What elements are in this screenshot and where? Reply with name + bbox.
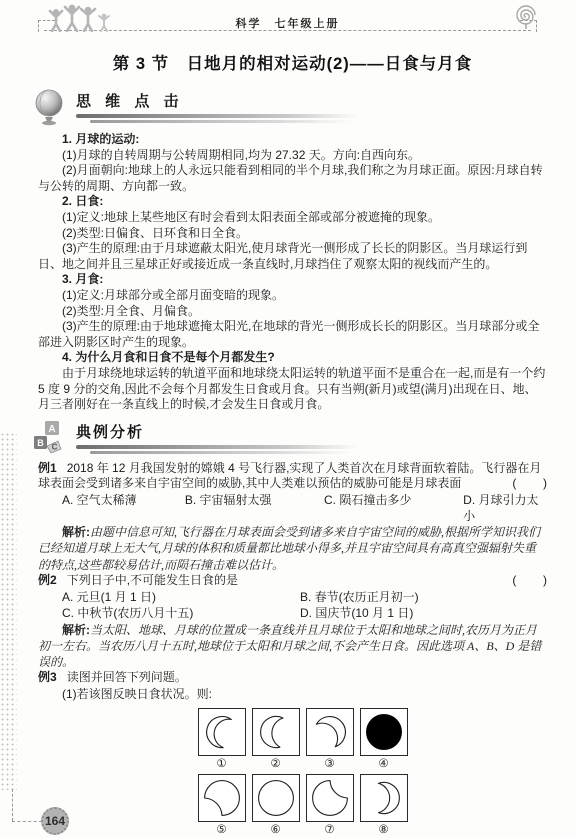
thinking-paragraph: 由于月球绕地球运转的轨道平面和地球绕太阳运转的轨道平面不是重合在一起,而是有一个… [38,366,547,413]
full-moon-figure [252,774,300,822]
moon-label: ⑤ [198,823,246,837]
example-1-options: A. 空气太稀薄 B. 宇宙辐射太强 C. 陨石撞击多少 D. 月球引力太小 [62,492,547,524]
section-underline-bars [76,114,358,123]
moon-cell: ③ [306,708,354,773]
answer-bracket: ( ) [512,573,547,589]
option-a: A. 元旦(1 月 1 日) [62,589,300,606]
option-b: B. 春节(农历正月初一) [300,589,547,606]
svg-text:C: C [52,442,58,451]
new-moon-dark-figure [360,708,408,756]
thinking-paragraph: (1)定义:地球上某些地区有时会看到太阳表面全部或部分被遮掩的现象。 [38,210,547,226]
thinking-paragraph: 3. 月食: [38,272,547,288]
example-label: 例1 [38,461,57,475]
analysis-label: 解析: [62,525,90,539]
page-number-badge: 164 [41,807,69,835]
book-title: 科学 七年级上册 [0,15,575,31]
thinking-paragraph: (2)类型:日偏食、日环食和日全食。 [38,226,547,242]
svg-text:B: B [37,438,44,448]
thinking-paragraph: 4. 为什么月食和日食不是每个月都发生? [38,350,547,366]
thinking-paragraph: (3)产生的原理:由于地球遮掩太阳光,在地球的背光一侧形成长长的阴影区。当月球部… [38,319,547,350]
option-b: B. 宇宙辐射太强 [185,492,324,524]
gibbous-bite-lower-left-figure [198,774,246,822]
option-c: C. 陨石撞击多少 [324,492,463,524]
crescent-upper-right-figure [306,708,354,756]
crescent-thin-left-figure [198,708,246,756]
answer-bracket: ( ) [512,476,547,492]
option-a: A. 空气太稀薄 [62,492,185,524]
moon-cell: ② [252,708,300,773]
example-3-stem: 例3读图并回答下列问题。 [38,670,547,686]
option-c: C. 中秋节(农历八月十五) [62,605,300,622]
example-label: 例3 [38,670,57,684]
moon-cell: ⑤ [198,774,246,838]
thinking-paragraph: 2. 日食: [38,194,547,210]
example-3-subquestion: (1)若该图反映日食状况。则: [38,686,547,702]
abc-blocks-icon: A B C [32,419,68,462]
thinking-paragraph: (2)类型:月全食、月偏食。 [38,304,547,320]
textbook-page: 科学 七年级上册 第 3 节 日地月的相对运动(2)——日食与月食 [0,0,575,838]
thinking-paragraph: (1)月球的自转周期与公转周期相同,均为 27.32 天。方向:自西向东。 [38,148,547,164]
thinking-section-header: 思 维 点 击 [32,88,547,128]
examples-section-title: 典例分析 [76,421,358,442]
analysis-label: 解析: [62,623,90,637]
example-2-stem: 例2下列日子中,不可能发生日食的是( ) [38,573,547,589]
thinking-paragraph: (2)月面朝向:地球上的人永远只能看到相同的半个月球,我们称之为月球正面。原因:… [38,163,547,194]
analysis-text: 当太阳、地球、月球的位置成一条直线并且月球位于太阳和地球之间时,农历月为正月初一… [38,623,541,669]
example-2-analysis: 解析:当太阳、地球、月球的位置成一条直线并且月球位于太阳和地球之间时,农历月为正… [38,622,547,671]
example-1: 例12018 年 12 月我国发射的嫦娥 4 号飞行器,实现了人类首次在月球背面… [38,461,547,573]
moon-cell: ⑧ [360,774,408,838]
moon-cell: ④ [360,708,408,773]
thinking-paragraph: (1)定义:月球部分或全部月面变暗的现象。 [38,288,547,304]
gibbous-bite-upper-right-figure [306,774,354,822]
thinking-paragraph: 1. 月球的运动: [38,132,547,148]
section-underline-bars [76,445,358,454]
example-stem-text: 2018 年 12 月我国发射的嫦娥 4 号飞行器,实现了人类首次在月球背面软着… [38,461,541,491]
example-2: 例2下列日子中,不可能发生日食的是( ) A. 元旦(1 月 1 日) B. 春… [38,573,547,670]
footer-dashed-vertical [12,789,13,821]
analysis-text: 由题中信息可知,飞行器在月球表面会受到诸多来自宇宙空间的威胁,根据所学知识我们已… [38,525,540,571]
moon-cell: ⑦ [306,774,354,838]
thinking-paragraph: (3)产生的原理:由于月球遮蔽太阳光,使月球背光一侧形成了长长的阴影区。当月球运… [38,241,547,272]
svg-text:A: A [48,424,55,435]
option-d: D. 国庆节(10 月 1 日) [300,605,547,622]
moon-label: ④ [360,757,408,771]
moon-label: ⑦ [306,823,354,837]
option-d: D. 月球引力太小 [463,492,547,524]
moon-label: ⑧ [360,823,408,837]
moon-label: ① [198,757,246,771]
thinking-section-title: 思 维 点 击 [76,90,358,111]
crescent-right-figure [360,774,408,822]
examples-section-header: A B C 典例分析 [32,419,547,457]
crescent-thick-left-figure [252,708,300,756]
example-1-stem: 例12018 年 12 月我国发射的嫦娥 4 号飞行器,实现了人类首次在月球背面… [38,461,547,493]
moon-label: ② [252,757,300,771]
moon-cell: ⑥ [252,774,300,838]
example-stem-text: 下列日子中,不可能发生日食的是 [67,573,238,587]
example-3: 例3读图并回答下列问题。 (1)若该图反映日食状况。则: [38,670,547,702]
example-1-analysis: 解析:由题中信息可知,飞行器在月球表面会受到诸多来自宇宙空间的威胁,根据所学知识… [38,524,547,573]
page-title: 第 3 节 日地月的相对运动(2)——日食与月食 [38,50,547,74]
example-label: 例2 [38,573,57,587]
moon-label: ⑥ [252,823,300,837]
margin-dot-grid [0,432,17,790]
footer-dashed-horizontal [12,821,42,822]
globe-icon [32,88,68,133]
example-2-options: A. 元旦(1 月 1 日) B. 春节(农历正月初一) C. 中秋节(农历八月… [62,589,547,622]
moon-cell: ① [198,708,246,773]
moon-phases-figure: ①②③④⑤⑥⑦⑧ [198,708,408,838]
moon-label: ③ [306,757,354,771]
example-stem-text: 读图并回答下列问题。 [67,670,187,684]
